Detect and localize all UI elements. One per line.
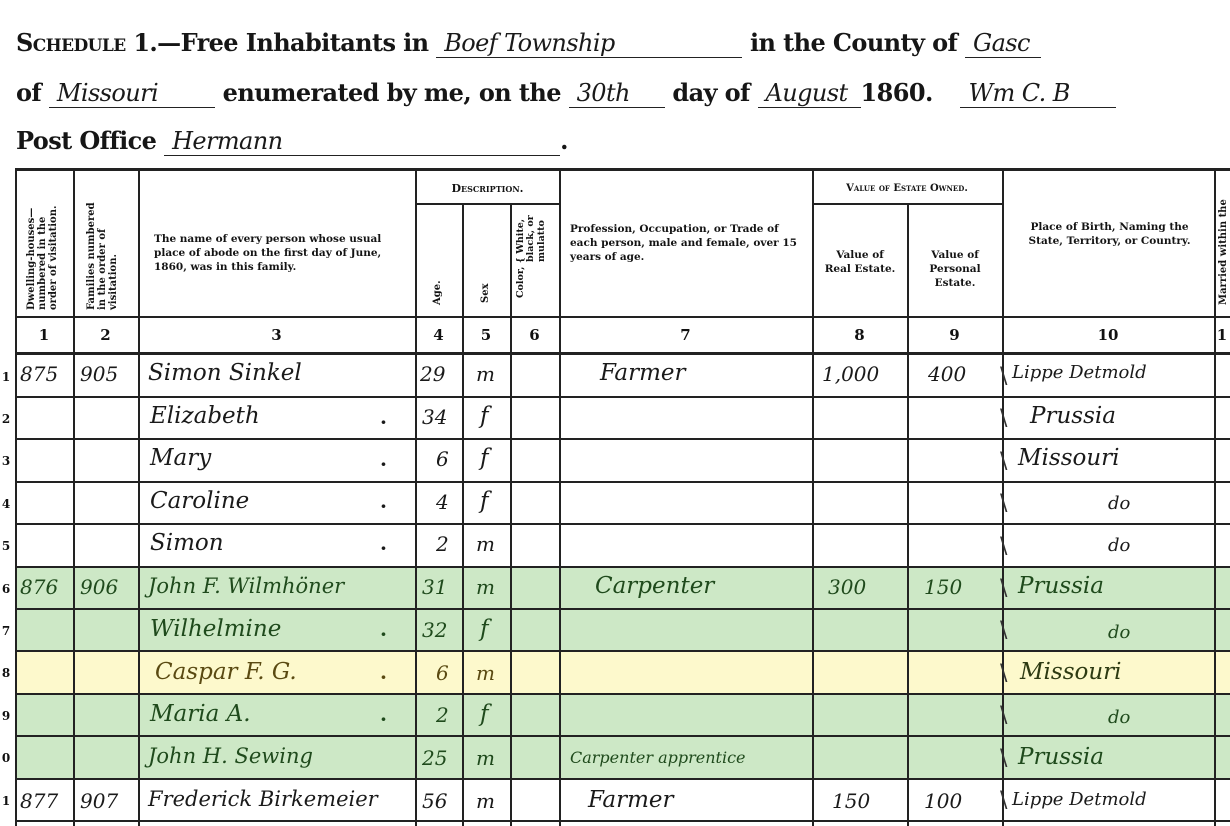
line-number: 0 [0,751,12,765]
sex: f [480,445,489,471]
person-name: Caroline [150,488,249,514]
ditto-mark: · [380,410,387,434]
post-office-period: . [560,126,568,155]
occupation: Farmer [600,360,686,386]
real-estate-value: 1,000 [822,362,879,386]
day-field: 30th [569,79,665,108]
line-number: 7 [0,624,12,638]
personal-estate-value: 150 [924,575,962,599]
col-rule [73,170,75,826]
row-rule [15,778,1230,780]
day-of-label: day of [672,78,749,107]
birthplace: Prussia [1018,573,1104,599]
birthplace: Prussia [1030,403,1116,429]
age: 6 [436,661,449,685]
header-personal-estate: Value of Personal Estate. [920,248,990,291]
birthplace: Prussia [1018,744,1104,770]
ditto-mark: · [380,452,387,476]
description-subrule [415,203,560,205]
schedule-prefix: Schedule [16,28,126,57]
column-number: 1 [1214,326,1230,344]
header-sex: Sex [480,283,491,303]
age: 2 [436,532,449,556]
col-rule [907,204,909,826]
tick-mark-icon: \ [1000,788,1007,813]
header-estate: Value of Estate Owned. [812,182,1002,196]
occupation: Carpenter apprentice [570,748,746,767]
header-occupation: Profession, Occupation, or Trade of each… [570,222,805,265]
county-field: Gasc [965,29,1041,58]
real-estate-value: 300 [828,575,866,599]
column-number: 4 [415,326,462,344]
enumeration-line: of Missouri enumerated by me, on the 30t… [16,78,1116,108]
sex: f [480,616,489,642]
state-field: Missouri [49,79,215,108]
line-number: 1 [0,370,12,384]
enumerated-label: enumerated by me, on the [223,78,561,107]
person-name: John H. Sewing [148,744,313,768]
person-name: Maria A. [150,701,251,727]
col-rule [812,170,814,826]
post-office-label: Post Office [16,126,156,155]
col-rule [462,204,464,826]
sex: f [480,701,489,727]
sex: m [476,575,495,599]
birthplace: do [1108,493,1130,514]
schedule-title-line: Schedule 1.—Free Inhabitants in Boef Tow… [16,28,1041,58]
person-name: Simon [150,530,224,556]
row-rule [15,820,1230,822]
col-rule [15,170,17,826]
dwelling-number: 877 [20,789,58,813]
tick-mark-icon: \ [1000,364,1007,389]
ditto-mark: · [380,536,387,560]
ditto-mark: · [380,494,387,518]
age: 4 [436,490,449,514]
line-number: 9 [0,709,12,723]
birthplace: Missouri [1020,659,1122,685]
column-number: 6 [510,326,559,344]
age: 6 [436,447,449,471]
occupation: Carpenter [595,573,714,599]
line-number: 3 [0,454,12,468]
age: 34 [422,405,447,429]
age: 31 [422,575,447,599]
tick-mark-icon: \ [1000,491,1007,516]
row-rule [15,650,1230,652]
age: 2 [436,703,449,727]
row-rule [15,481,1230,483]
age: 29 [420,362,445,386]
family-number: 907 [80,789,118,813]
age: 32 [422,618,447,642]
ditto-mark: · [380,707,387,731]
column-number: 2 [73,326,138,344]
birthplace: do [1108,535,1130,556]
tick-mark-icon: \ [1000,703,1007,728]
row-rule [15,396,1230,398]
dwelling-number: 876 [20,575,58,599]
of-label: of [16,78,41,107]
line-number: 8 [0,666,12,680]
birthplace: Lippe Detmold [1012,362,1147,383]
sex: m [476,746,495,770]
sex: m [476,661,495,685]
tick-mark-icon: \ [1000,406,1007,431]
sex: m [476,789,495,813]
age: 56 [422,789,447,813]
sex: f [480,488,489,514]
line-number: 4 [0,497,12,511]
personal-estate-value: 100 [924,789,962,813]
county-label: in the County of [750,28,957,57]
post-office-field: Hermann [164,127,560,156]
sex: m [476,532,495,556]
tick-mark-icon: \ [1000,449,1007,474]
dwelling-number: 875 [20,362,58,386]
month-field: August [758,79,861,108]
header-real-estate: Value of Real Estate. [822,248,898,276]
person-name: Wilhelmine [150,616,281,642]
tick-mark-icon: \ [1000,618,1007,643]
tick-mark-icon: \ [1000,746,1007,771]
person-name: Mary [150,445,211,471]
col-rule [415,170,417,826]
age: 25 [422,746,447,770]
header-name: The name of every person whose usual pla… [150,232,412,275]
ditto-mark: · [380,622,387,646]
birthplace: do [1108,622,1130,643]
birthplace: Missouri [1018,445,1120,471]
row-rule [15,693,1230,695]
person-name: Simon Sinkel [148,360,302,386]
header-bottom-rule [15,316,1230,318]
line-number: 5 [0,539,12,553]
tick-mark-icon: \ [1000,576,1007,601]
header-dwelling: Dwelling-houses—numbered in theorder of … [26,206,59,310]
row-rule [15,608,1230,610]
column-number-rule [15,352,1230,355]
real-estate-value: 150 [832,789,870,813]
col-rule [559,170,561,826]
person-name: John F. Wilmhöner [148,574,344,598]
column-number: 8 [812,326,907,344]
header-family: Families numberedin the order ofvisitati… [86,202,119,310]
column-number: 5 [462,326,510,344]
column-number: 1 [15,326,73,344]
header-description: Description. [415,182,560,197]
header-color: Color, { White,black, ormulatto [516,215,547,298]
person-name: Elizabeth [150,403,260,429]
person-name: Frederick Birkemeier [148,787,378,811]
row-rule [15,523,1230,525]
table-top-rule [15,168,1230,171]
ditto-mark: · [380,665,387,689]
header-age: Age. [432,280,443,305]
column-number: 7 [559,326,812,344]
family-number: 905 [80,362,118,386]
schedule-title: 1.—Free Inhabitants in [126,28,437,57]
column-number: 9 [907,326,1002,344]
family-number: 906 [80,575,118,599]
enumerator-signature: Wm C. B [960,79,1116,108]
line-number: 1 [0,794,12,808]
sex: f [480,403,489,429]
col-rule [510,204,512,826]
header-married: Married within the [1218,199,1229,305]
year-label: 1860. [861,78,933,107]
line-number: 6 [0,582,12,596]
row-rule [15,566,1230,568]
sex: m [476,362,495,386]
col-rule [138,170,140,826]
birthplace: Lippe Detmold [1012,789,1147,810]
row-rule [15,735,1230,737]
personal-estate-value: 400 [928,362,966,386]
col-rule [1214,170,1216,826]
township-field: Boef Township [436,29,742,58]
row-rule [15,438,1230,440]
occupation: Farmer [588,787,674,813]
tick-mark-icon: \ [1000,661,1007,686]
post-office-line: Post Office Hermann. [16,126,568,156]
person-name: Caspar F. G. [155,659,297,685]
line-number: 2 [0,412,12,426]
header-birthplace: Place of Birth, Naming the State, Territ… [1012,220,1207,248]
column-number: 10 [1002,326,1214,344]
birthplace: do [1108,707,1130,728]
column-number: 3 [138,326,415,344]
tick-mark-icon: \ [1000,534,1007,559]
